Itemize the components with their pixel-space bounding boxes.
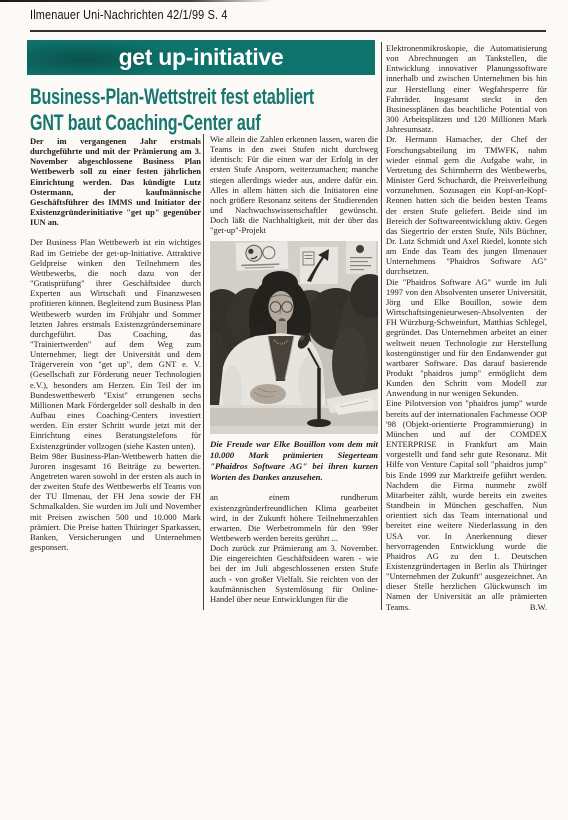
section-banner-label: get up-initiative — [119, 44, 284, 71]
paragraph: Wie allein die Zahlen erkennen lassen, w… — [210, 134, 378, 236]
paragraph: Elektronenmikroskopie, die Automatisieru… — [386, 43, 547, 134]
masthead-title: Ilmenauer Uni-Nachrichten 42/1/99 S. 4 — [30, 8, 228, 22]
column-divider-left — [203, 134, 204, 610]
article-photo — [210, 241, 378, 434]
column-divider-right — [381, 42, 382, 610]
paragraph: Der Business Plan Wettbewerb ist ein wic… — [30, 237, 201, 450]
column-right: Elektronenmikroskopie, die Automatisieru… — [386, 43, 547, 612]
column-middle: Wie allein die Zahlen erkennen lassen, w… — [210, 134, 378, 604]
author-byline: B.W. — [530, 602, 547, 612]
paragraph: Doch zurück zur Prämierung am 3. Novembe… — [210, 543, 378, 604]
scan-artifact-line — [0, 0, 272, 2]
section-banner: get up-initiative — [27, 40, 375, 75]
intro-paragraph: Der im vergangenen Jahr erstmals durchge… — [30, 136, 201, 227]
paragraph-text: Eine Pilotversion von "phaidros jump" wu… — [386, 398, 547, 611]
newspaper-page: Ilmenauer Uni-Nachrichten 42/1/99 S. 4 g… — [0, 0, 568, 820]
paragraph-with-byline: Eine Pilotversion von "phaidros jump" wu… — [386, 398, 547, 611]
paragraph: Die "Phaidros Software AG" wurde im Juli… — [386, 277, 547, 399]
article-headline: Business-Plan-Wettstreit fest etabliert … — [30, 84, 314, 135]
column-left: Der im vergangenen Jahr erstmals durchge… — [30, 136, 201, 552]
paragraph: Dr. Hermann Hamacher, der Chef der Forsc… — [386, 134, 547, 276]
masthead-rule — [30, 30, 546, 32]
headline-line-2: GNT baut Coaching-Center auf — [30, 110, 314, 136]
photo-caption: Die Freude war Elke Bouillon vom dem mit… — [210, 439, 378, 484]
headline-line-1: Business-Plan-Wettstreit fest etabliert — [30, 84, 314, 110]
paragraph: an einem rundherum existenzgründerfreund… — [210, 492, 378, 543]
paragraph: Beim 98er Business-Plan-Wettbewerb hatte… — [30, 451, 201, 553]
